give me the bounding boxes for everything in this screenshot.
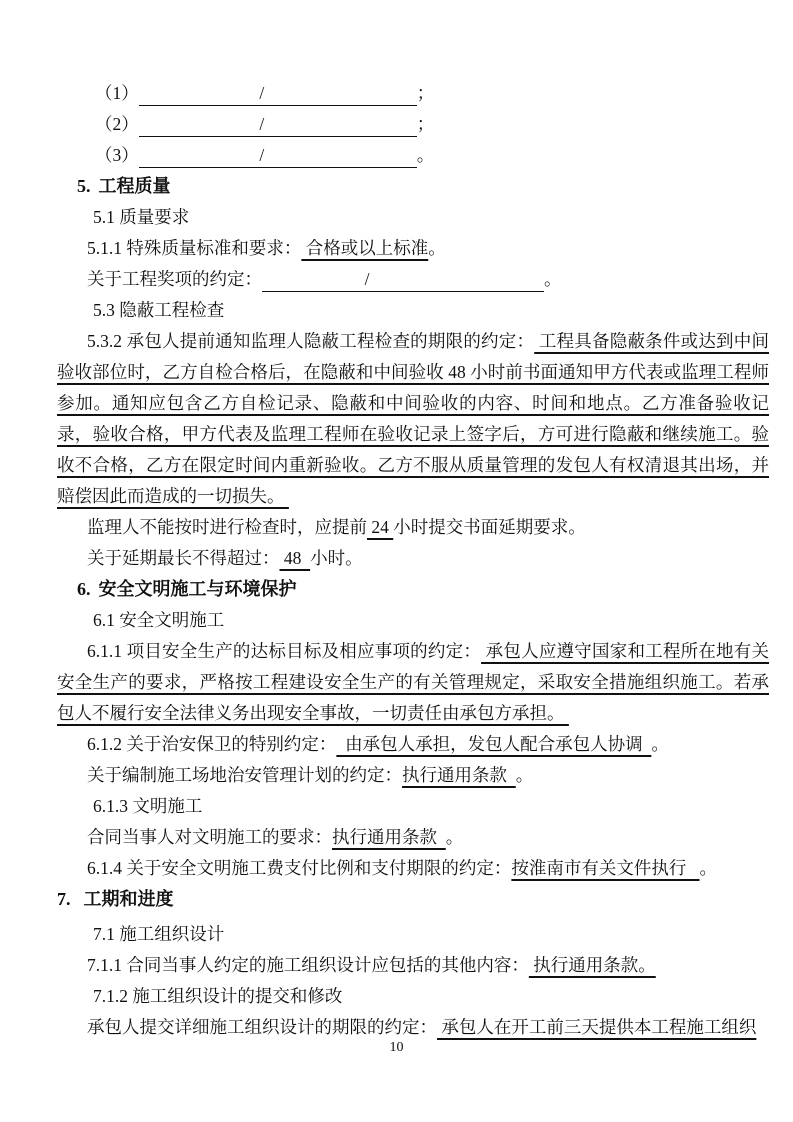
- slash-mark: /: [259, 115, 264, 134]
- section-title: 工期和进度: [84, 889, 174, 909]
- slash-mark: /: [259, 84, 264, 103]
- clause-text: 。: [428, 238, 446, 258]
- clause-6-1: 6.1 安全文明施工: [57, 605, 769, 636]
- clause-awards: 关于工程奖项的约定：/。: [57, 264, 769, 295]
- clause-7-1-2: 7.1.2 施工组织设计的提交和修改: [57, 981, 769, 1012]
- item-label: （3）: [95, 145, 139, 165]
- section-number: 6.: [77, 579, 91, 599]
- clause-7-1-1: 7.1.1 合同当事人约定的施工组织设计应包括的其他内容： 执行通用条款。: [57, 950, 769, 981]
- section-7-heading: 7.工期和进度: [57, 884, 769, 915]
- filled-value: 合格或以上标准: [301, 238, 428, 258]
- clause-6-1-2: 6.1.2 关于治安保卫的特别约定： 由承包人承担，发包人配合承包人协调 。: [57, 729, 769, 760]
- underline-blank: /: [139, 146, 417, 168]
- contract-page: （1）/； （2）/； （3）/。 5.工程质量 5.1 质量要求 5.1.1 …: [0, 0, 793, 1122]
- section-number: 7.: [57, 889, 71, 909]
- clause-5-3-2: 5.3.2 承包人提前通知监理人隐蔽工程检查的期限的约定： 工程具备隐蔽条件或达…: [57, 326, 769, 512]
- clause-text: 关于延期最长不得超过：: [87, 548, 280, 568]
- section-title: 安全文明施工与环境保护: [99, 579, 297, 599]
- clause-text: 7.1.1 合同当事人约定的施工组织设计应包括的其他内容：: [87, 955, 529, 975]
- clause-civilized: 合同当事人对文明施工的要求：执行通用条款 。: [57, 822, 769, 853]
- clause-5-3: 5.3 隐蔽工程检查: [57, 295, 769, 326]
- item-label: （1）: [95, 83, 139, 103]
- clause-text: 。: [651, 734, 669, 754]
- item-label: （2）: [95, 114, 139, 134]
- clause-text: 关于工程奖项的约定：: [87, 269, 262, 289]
- clause-5-1: 5.1 质量要求: [57, 202, 769, 233]
- underline-blank: /: [262, 270, 544, 292]
- item-tail: ；: [417, 83, 435, 103]
- filled-value: 承包人在开工前三天提供本工程施工组织: [437, 1017, 756, 1037]
- section-number: 5.: [77, 176, 91, 196]
- clause-text: 。: [544, 269, 562, 289]
- filled-value: 工程具备隐蔽条件或达到中间验收部位时，乙方自检合格后，在隐蔽和中间验收 48 小…: [57, 331, 769, 506]
- clause-text: 6.1.2 关于治安保卫的特别约定：: [87, 734, 336, 754]
- filled-value: 48: [280, 548, 311, 568]
- clause-text: 5.1.1 特殊质量标准和要求：: [87, 238, 301, 258]
- clause-6-1-4: 6.1.4 关于安全文明施工费支付比例和支付期限的约定：按淮南市有关文件执行 。: [57, 853, 769, 884]
- blank-list-item-2: （2）/；: [57, 109, 769, 140]
- clause-text: 5.3.2 承包人提前通知监理人隐蔽工程检查的期限的约定：: [87, 331, 534, 351]
- clause-text: 合同当事人对文明施工的要求：: [87, 827, 332, 847]
- section-6-heading: 6.安全文明施工与环境保护: [57, 574, 769, 605]
- section-5-heading: 5.工程质量: [57, 171, 769, 202]
- blank-list-item-1: （1）/；: [57, 78, 769, 109]
- clause-text: 6.1.1 项目安全生产的达标目标及相应事项的约定：: [87, 641, 481, 661]
- clause-text: 。: [700, 858, 718, 878]
- filled-value: 执行通用条款。: [529, 955, 656, 975]
- clause-5-1-1: 5.1.1 特殊质量标准和要求： 合格或以上标准。: [57, 233, 769, 264]
- filled-value: 由承包人承担，发包人配合承包人协调: [336, 734, 651, 754]
- slash-mark: /: [335, 270, 370, 289]
- clause-submit-plan: 承包人提交详细施工组织设计的期限的约定： 承包人在开工前三天提供本工程施工组织: [57, 1012, 769, 1043]
- clause-text: 小时提交书面延期要求。: [393, 517, 586, 537]
- contract-body: （1）/； （2）/； （3）/。 5.工程质量 5.1 质量要求 5.1.1 …: [57, 78, 769, 1043]
- clause-supervisor-delay: 监理人不能按时进行检查时，应提前 24 小时提交书面延期要求。: [57, 512, 769, 543]
- filled-value: 执行通用条款: [332, 827, 446, 847]
- clause-security-plan: 关于编制施工场地治安管理计划的约定：执行通用条款 。: [57, 760, 769, 791]
- clause-text: 。: [516, 765, 534, 785]
- filled-value: 执行通用条款: [402, 765, 516, 785]
- clause-text: 关于编制施工场地治安管理计划的约定：: [87, 765, 402, 785]
- clause-text: 。: [446, 827, 464, 847]
- clause-6-1-1: 6.1.1 项目安全生产的达标目标及相应事项的约定： 承包人应遵守国家和工程所在…: [57, 636, 769, 729]
- clause-7-1: 7.1 施工组织设计: [57, 919, 769, 950]
- clause-text: 6.1.4 关于安全文明施工费支付比例和支付期限的约定：: [87, 858, 511, 878]
- filled-value: 按淮南市有关文件执行: [511, 858, 699, 878]
- slash-mark: /: [259, 146, 264, 165]
- underline-blank: /: [139, 84, 417, 106]
- clause-text: 承包人提交详细施工组织设计的期限的约定：: [87, 1017, 437, 1037]
- filled-value: 24: [367, 517, 393, 537]
- page-number: 10: [0, 1040, 793, 1056]
- section-title: 工程质量: [99, 176, 171, 196]
- clause-6-1-3: 6.1.3 文明施工: [57, 791, 769, 822]
- item-tail: 。: [417, 145, 435, 165]
- underline-blank: /: [139, 115, 417, 137]
- blank-list-item-3: （3）/。: [57, 140, 769, 171]
- clause-text: 小时。: [310, 548, 363, 568]
- clause-text: 监理人不能按时进行检查时，应提前: [87, 517, 367, 537]
- clause-max-delay: 关于延期最长不得超过： 48 小时。: [57, 543, 769, 574]
- item-tail: ；: [417, 114, 435, 134]
